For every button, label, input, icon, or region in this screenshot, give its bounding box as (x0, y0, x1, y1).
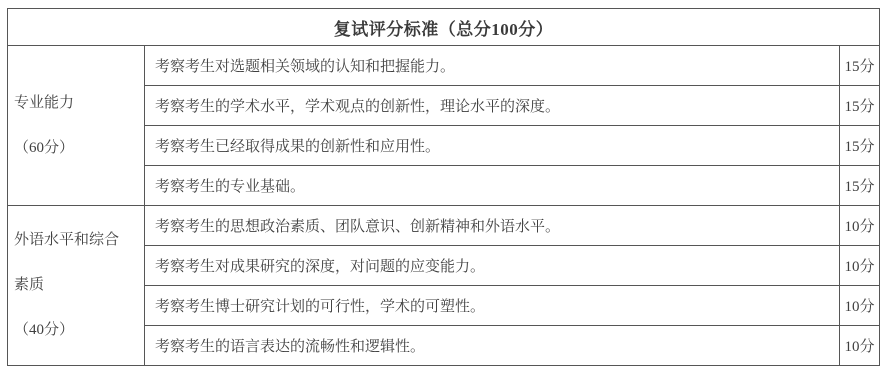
category-cell-professional-ability: 专业能力 （60分） (8, 46, 145, 206)
score-cell: 10分 (840, 326, 880, 366)
criteria-cell: 考察考生的专业基础。 (145, 166, 840, 206)
score-cell: 15分 (840, 166, 880, 206)
rubric-table: 复试评分标准（总分100分） 专业能力 （60分） 考察考生对选题相关领域的认知… (7, 8, 880, 366)
category-cell-language-and-overall-quality: 外语水平和综合 素质 （40分） (8, 206, 145, 366)
score-cell: 15分 (840, 46, 880, 86)
criteria-cell: 考察考生的思想政治素质、团队意识、创新精神和外语水平。 (145, 206, 840, 246)
category-label-line: 素质 (14, 263, 139, 308)
criteria-cell: 考察考生对成果研究的深度，对问题的应变能力。 (145, 246, 840, 286)
table-row: 专业能力 （60分） 考察考生对选题相关领域的认知和把握能力。 15分 (8, 46, 880, 86)
score-cell: 15分 (840, 126, 880, 166)
category-label-line: （60分） (14, 126, 139, 171)
criteria-cell: 考察考生已经取得成果的创新性和应用性。 (145, 126, 840, 166)
criteria-cell: 考察考生的学术水平，学术观点的创新性，理论水平的深度。 (145, 86, 840, 126)
criteria-cell: 考察考生的语言表达的流畅性和逻辑性。 (145, 326, 840, 366)
table-row: 外语水平和综合 素质 （40分） 考察考生的思想政治素质、团队意识、创新精神和外… (8, 206, 880, 246)
score-cell: 15分 (840, 86, 880, 126)
category-label-line: （40分） (14, 308, 139, 353)
category-label-line: 专业能力 (14, 81, 139, 126)
score-cell: 10分 (840, 246, 880, 286)
score-cell: 10分 (840, 206, 880, 246)
criteria-cell: 考察考生对选题相关领域的认知和把握能力。 (145, 46, 840, 86)
criteria-cell: 考察考生博士研究计划的可行性，学术的可塑性。 (145, 286, 840, 326)
category-label-line: 外语水平和综合 (14, 218, 139, 263)
scoring-rubric-table: 复试评分标准（总分100分） 专业能力 （60分） 考察考生对选题相关领域的认知… (7, 8, 880, 366)
table-title: 复试评分标准（总分100分） (8, 9, 880, 46)
score-cell: 10分 (840, 286, 880, 326)
table-header-row: 复试评分标准（总分100分） (8, 9, 880, 46)
